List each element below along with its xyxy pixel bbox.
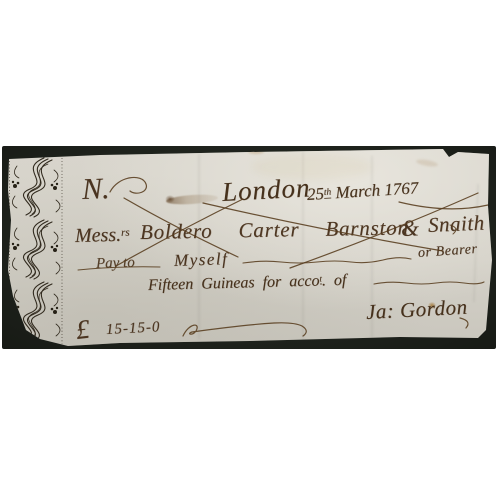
page: N. London 25th March 1767 Mess.rs Bolder…: [0, 0, 500, 500]
addressee-ampersand: &: [401, 215, 420, 242]
account-rule: [374, 282, 484, 284]
date-flourish: [399, 202, 488, 209]
date-ordinal: th: [324, 187, 332, 198]
date-rest: March 1767: [335, 178, 419, 202]
amount-words-pre: Fifteen Guineas for acco: [148, 273, 320, 294]
payee-rule: [243, 258, 411, 263]
amount-words-post: . of: [322, 272, 347, 290]
amount-flourish: [183, 323, 306, 336]
currency-symbol: £: [74, 314, 91, 346]
payee-name: Myself: [174, 249, 229, 271]
cheque-paper: N. London 25th March 1767 Mess.rs Bolder…: [2, 146, 496, 349]
addressee-prefix-sup: rs: [121, 227, 130, 239]
signature: Ja: Gordon: [365, 295, 468, 325]
pay-to-label: Pay to: [96, 255, 135, 273]
cheque-photo: N. London 25th March 1767 Mess.rs Bolder…: [2, 146, 496, 349]
bearer-clause: or Bearer: [417, 242, 478, 262]
date-line: 25th March 1767: [306, 178, 418, 205]
addressee-names: Boldero Carter Barnston: [140, 215, 409, 245]
engraved-scroll-border: [8, 156, 64, 346]
stain: [416, 158, 439, 168]
addressee-prefix-base: Mess.: [75, 224, 122, 247]
amount-in-words: Fifteen Guineas for accot. of: [148, 272, 347, 295]
place-name: London: [221, 172, 311, 208]
addressee-prefix: Mess.rs: [75, 224, 130, 248]
amount-in-figures: 15-15-0: [106, 319, 161, 339]
stain: [248, 149, 264, 154]
ink-smudge: [165, 195, 175, 203]
number-flourish: [110, 177, 146, 193]
paper-crease: [198, 154, 200, 339]
date-day: 25: [306, 184, 324, 204]
addressee-last: Snaith: [427, 211, 485, 238]
cheque-number-label: N.: [81, 172, 110, 207]
